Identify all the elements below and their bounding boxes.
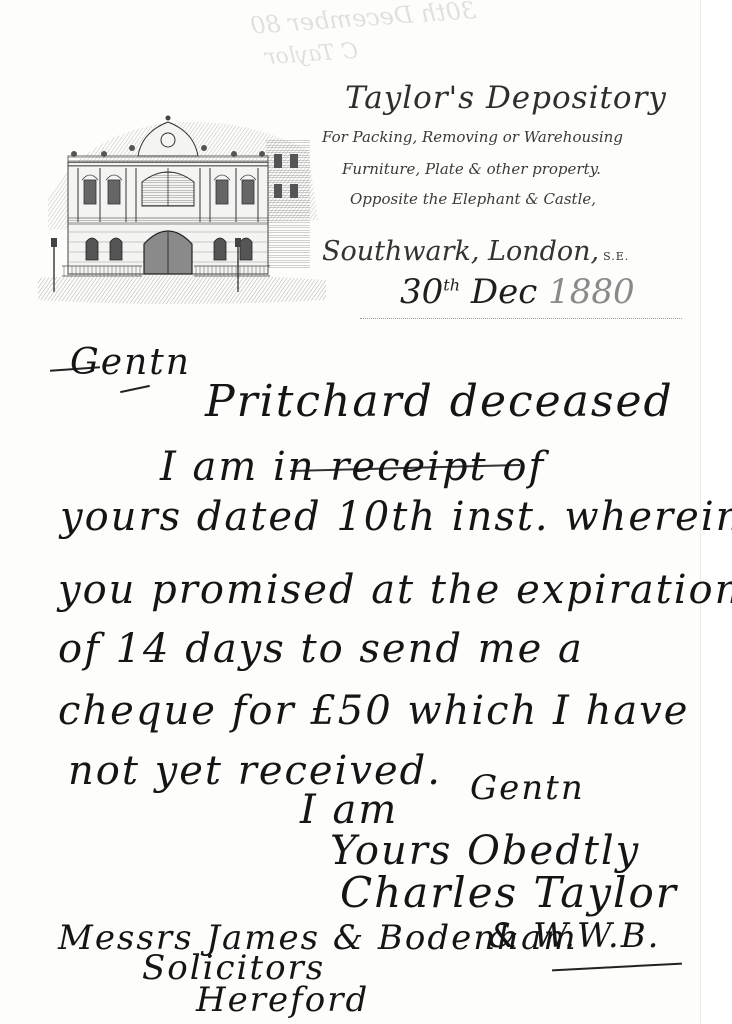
body-line: I am in receipt of bbox=[160, 444, 545, 490]
subject-line: Pritchard deceased bbox=[205, 376, 674, 427]
date-dotted-line bbox=[360, 318, 682, 319]
letterhead-city: Southwark, London,S.E. bbox=[322, 236, 629, 267]
building-engraving-image bbox=[38, 110, 326, 308]
letterhead-goods: Furniture, Plate & other property. bbox=[342, 160, 601, 178]
body-line: you promised at the expiration bbox=[58, 567, 732, 613]
letterhead-title: Taylor's Depository bbox=[345, 80, 667, 116]
letterhead-services: For Packing, Removing or Warehousing bbox=[322, 128, 623, 146]
body-line: of 14 days to send me a bbox=[58, 626, 584, 672]
date-suffix: th bbox=[443, 276, 460, 295]
addressee-town: Hereford bbox=[196, 980, 369, 1020]
letterhead-location: Opposite the Elephant & Castle, bbox=[350, 190, 596, 208]
closing-gentlemen: Gentn bbox=[470, 768, 585, 808]
signature: Charles Taylor bbox=[340, 868, 678, 917]
salutation: Gentn bbox=[70, 342, 191, 383]
body-line: cheque for £50 which I have bbox=[58, 688, 689, 734]
clerk-initials: & W.W.B. bbox=[488, 916, 661, 956]
letterhead-postal-district: S.E. bbox=[603, 250, 629, 263]
closing-i-am: I am bbox=[300, 787, 398, 833]
letterhead-city-name: Southwark, London, bbox=[322, 236, 599, 267]
date-year: 1880 bbox=[548, 272, 635, 312]
date-month: Dec bbox=[471, 272, 537, 312]
body-line: yours dated 10th inst. wherein bbox=[60, 494, 732, 540]
letter-date: 30th Dec 1880 bbox=[400, 272, 635, 312]
date-day: 30 bbox=[400, 272, 443, 312]
